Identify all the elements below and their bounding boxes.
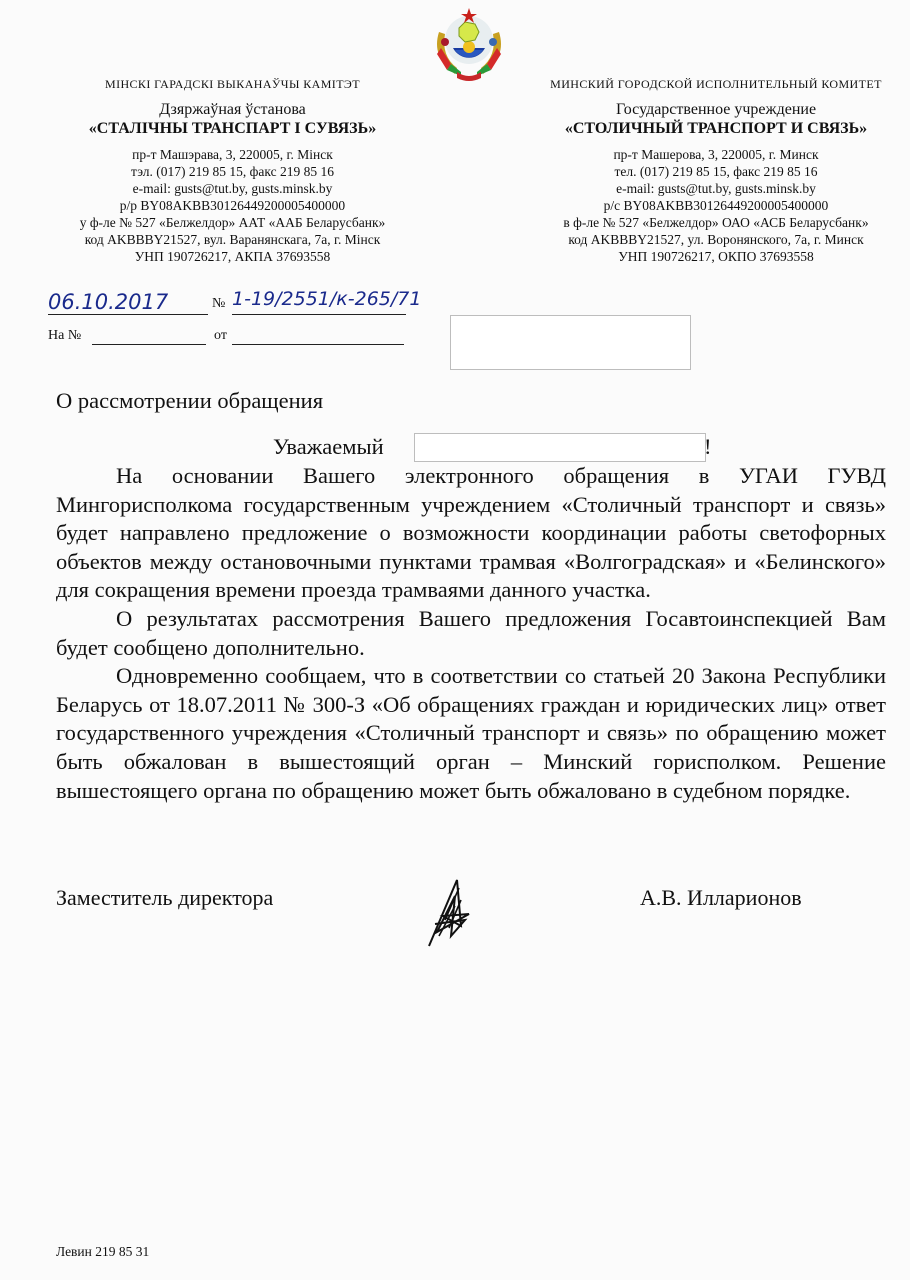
number-label: №: [212, 296, 225, 312]
org-name-by: МІНСКІ ГАРАДСКІ ВЫКАНАЎЧЫ КАМІТЭТ: [40, 76, 425, 93]
header-left-belarusian: МІНСКІ ГАРАДСКІ ВЫКАНАЎЧЫ КАМІТЭТ Дзяржа…: [40, 76, 425, 265]
bank-line: в ф-ле № 527 «Белжелдор» ОАО «АСБ Белару…: [527, 214, 905, 231]
outgoing-date-field: 06.10.2017: [48, 290, 208, 315]
handwritten-signature-icon: [425, 876, 485, 950]
tax-id-line: УНП 190726217, ОКПО 37693558: [527, 248, 905, 265]
institution-type-ru: Государственное учреждение: [527, 101, 905, 119]
account-line: р/р BY08AKBB30126449200005400000: [40, 197, 425, 214]
salutation-prefix: Уважаемый: [273, 434, 384, 460]
bank-code-line: код AKBBBY21527, вул. Варанянскага, 7а, …: [40, 231, 425, 248]
outgoing-date: 06.10.2017: [48, 290, 168, 314]
phone-line: тел. (017) 219 85 15, факс 219 85 16: [527, 163, 905, 180]
email-line: e-mail: gusts@tut.by, gusts.minsk.by: [40, 180, 425, 197]
salutation-suffix: !: [704, 434, 712, 460]
institution-name-ru: «СТОЛИЧНЫЙ ТРАНСПОРТ И СВЯЗЬ»: [527, 119, 905, 138]
address-line: пр-т Машерова, 3, 220005, г. Минск: [527, 146, 905, 163]
outgoing-number: 1-19/2551/к-265/71: [232, 288, 421, 310]
tax-id-line: УНП 190726217, АКПА 37693558: [40, 248, 425, 265]
phone-line: тэл. (017) 219 85 15, факс 219 85 16: [40, 163, 425, 180]
institution-name-by: «СТАЛІЧНЫ ТРАНСПАРТ І СУВЯЗЬ»: [40, 119, 425, 138]
ref-number-label: На №: [48, 328, 81, 344]
paragraph-3: Одновременно сообщаем, что в соответстви…: [56, 662, 886, 805]
paragraph-1: На основании Вашего электронного обращен…: [56, 462, 886, 605]
signatory-position: Заместитель директора: [56, 885, 273, 911]
header-right-russian: МИНСКИЙ ГОРОДСКОЙ ИСПОЛНИТЕЛЬНЫЙ КОМИТЕТ…: [527, 76, 905, 265]
institution-type-by: Дзяржаўная ўстанова: [40, 101, 425, 119]
outgoing-number-field: 1-19/2551/к-265/71: [232, 288, 406, 315]
redacted-recipient-name: [414, 433, 706, 462]
letter-body: На основании Вашего электронного обращен…: [56, 462, 886, 805]
account-line: р/с BY08AKBB30126449200005400000: [527, 197, 905, 214]
bank-line: у ф-ле № 527 «Белжелдор» ААТ «ААБ Белару…: [40, 214, 425, 231]
ref-date-label: от: [214, 328, 227, 344]
email-line: e-mail: gusts@tut.by, gusts.minsk.by: [527, 180, 905, 197]
belarus-emblem-icon: [427, 2, 511, 82]
paragraph-2: О результатах рассмотрения Вашего предло…: [56, 605, 886, 662]
redacted-addressee-block: [450, 315, 691, 370]
address-line: пр-т Машэрава, 3, 220005, г. Мінск: [40, 146, 425, 163]
bank-code-line: код AKBBBY21527, ул. Воронянского, 7а, г…: [527, 231, 905, 248]
org-name-ru: МИНСКИЙ ГОРОДСКОЙ ИСПОЛНИТЕЛЬНЫЙ КОМИТЕТ: [527, 76, 905, 93]
ref-date-blank: [232, 332, 404, 345]
letter-subject: О рассмотрении обращения: [56, 388, 323, 414]
signatory-name: А.В. Илларионов: [640, 885, 802, 911]
executor-contact: Левин 219 85 31: [56, 1244, 149, 1260]
ref-number-blank: [92, 332, 206, 345]
